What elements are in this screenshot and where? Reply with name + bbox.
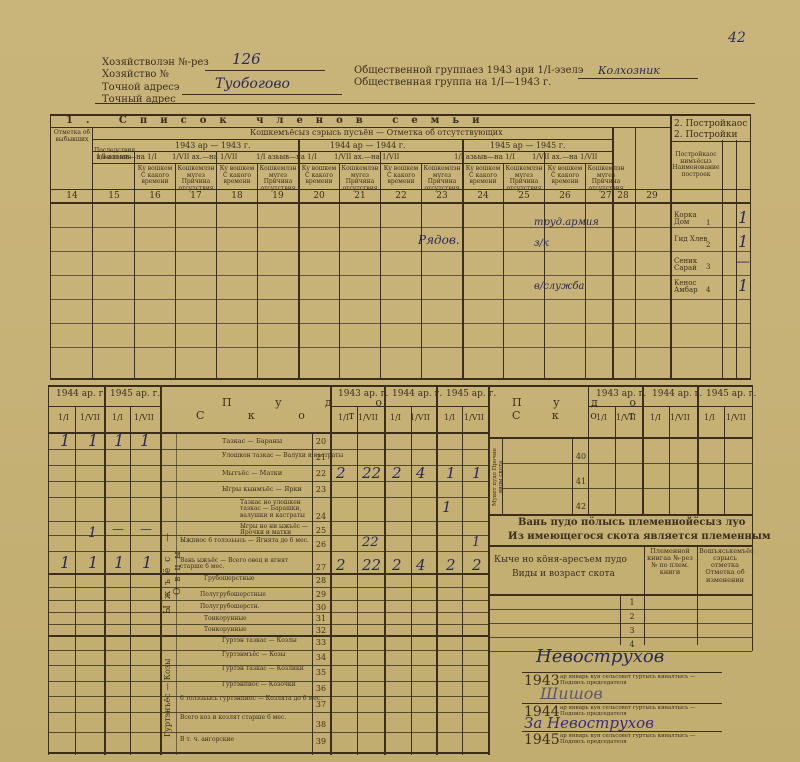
cell-value: 4 [416, 464, 426, 482]
row-label: Мытъёс — Матки [222, 470, 282, 477]
row-number: 20 [313, 437, 329, 446]
col-number: 24 [463, 191, 503, 201]
header-divider [95, 103, 755, 104]
signature-1943: Невострухов [536, 646, 664, 667]
col18-header: Ку вошкем С какого времени [217, 166, 257, 186]
row-label: Всего коз и козлят старше 6 мес. [180, 715, 286, 721]
col15-header: Последствия изменения [94, 148, 134, 161]
col-number: 16 [135, 191, 175, 201]
row-label: Полугрубошерстн. [200, 604, 259, 610]
breeding-col2: Племенной книгаа №-рез № по плем. книги [645, 548, 695, 577]
row-number: 32 [313, 626, 329, 635]
building-label: Сеник Сарай [674, 258, 710, 273]
col-number: 22 [381, 191, 421, 201]
building-label: Кенос Амбар [674, 280, 710, 295]
row-label: Гуртэнмъёс — Козы [222, 652, 286, 658]
breeding-title-komi: Вань пудо пöлысь племеннойёсыз луо [518, 518, 745, 529]
absence-header: Кошкемъёсыз сэрысь пусъён — Отметка об о… [250, 129, 503, 137]
group-label-ru: Общественная группа на 1/I—1943 г. [354, 78, 551, 89]
col-number: 19 [258, 191, 298, 201]
left-year-1944: 1944 ар. г. [56, 390, 106, 399]
row-label: Ыжпиос 6 толэзьысь — Ягнята до 6 мес. [180, 538, 309, 544]
cell-value: 22 [362, 556, 381, 574]
left-cell-value: — [112, 522, 124, 536]
row-number: 25 [313, 526, 329, 535]
building-num: 2 [706, 242, 710, 249]
row-number: 33 [313, 638, 329, 647]
row-number: 40 [574, 452, 588, 461]
buildings-col-header: Постройкаос нимъёсыз Наименование постро… [672, 152, 720, 178]
row-number: 36 [313, 684, 329, 693]
left-cell-value: 1 [114, 431, 124, 450]
goats-group-label: Гуртэнъёс — Козы [164, 640, 173, 755]
row-label: Гуртэн тазкас — Козлы [222, 638, 297, 644]
col-number: 28 [612, 191, 634, 201]
right-year-1945: 1945 ар. г. [706, 390, 756, 399]
cell-value: 2 [446, 556, 456, 574]
row-label: Тонкорунные [204, 627, 247, 633]
sub-rule [92, 163, 612, 164]
period-label: 1/VII [358, 414, 378, 422]
entry-col26-row1: труд.армия [534, 217, 599, 228]
address-line [182, 94, 342, 95]
row-number: 31 [313, 614, 329, 623]
year-1944-label: 1944 ар — 1944 г. [330, 142, 406, 150]
colnum-top-rule [50, 189, 750, 190]
buildings-title-ru: 2. Постройки [674, 131, 738, 140]
row-number: 27 [313, 563, 329, 572]
left-cell-value: — [140, 522, 152, 536]
row-number: 24 [313, 512, 329, 521]
col22-header: Ку вошкем С какого времени [381, 166, 421, 186]
row-label: В т. ч. ангорские [180, 737, 234, 743]
period-label: 1/VII [616, 414, 636, 422]
breeding-col1-ru: Виды и возраст скота [512, 570, 615, 579]
breeding-col1-komi: Кыче но кöня-аресъем пудо [494, 556, 627, 565]
cell-value: 2 [392, 464, 402, 482]
group-value: Колхозник [598, 64, 660, 77]
left-cell-value: 1 [88, 553, 98, 572]
row-number: 28 [313, 576, 329, 585]
building-num: 3 [706, 264, 710, 271]
period-label: 1/I [112, 414, 123, 422]
building-value: — [736, 254, 750, 270]
cell-value: 2 [336, 464, 346, 482]
row-label: Тонкорунные [204, 616, 247, 622]
right-year-1944: 1944 ар. г. [652, 390, 702, 399]
row-number: 41 [574, 477, 588, 486]
period-label: 1/I [596, 414, 607, 422]
col16-header: Ку вошкем С какого времени [135, 166, 175, 186]
row-number: 23 [313, 485, 329, 494]
group-label-komi: Общественной группаез 1943 ари 1/I-эзелэ [354, 66, 584, 77]
row-label: Грубошерстные [204, 576, 255, 582]
page-number: 42 [728, 30, 746, 46]
row-label: Тазкас но улошкен тазкас — Барашки, валу… [240, 500, 310, 519]
row-label: Гуртэнпиос — Козочки [222, 682, 296, 688]
period-label: 1/VII [134, 414, 154, 422]
cell-value: 22 [362, 464, 381, 482]
building-value: 1 [738, 208, 748, 227]
signature-1944: Шишов [540, 684, 603, 703]
entry-col26-row2: з/к [534, 238, 549, 249]
col20-header: Ку вошкем С какого времени [299, 166, 339, 186]
household-no-line [205, 70, 325, 71]
left-cell-value: 1 [88, 431, 98, 450]
colnum-bottom-rule [50, 202, 750, 204]
row-number: 39 [313, 737, 329, 746]
col-number: 25 [504, 191, 544, 201]
building-num: 1 [706, 220, 710, 227]
cell-value: 1 [472, 464, 482, 482]
col24-header: Ку вошкем С какого времени [463, 166, 503, 186]
cell-value: 2 [392, 556, 402, 574]
cell-value: 4 [416, 556, 426, 574]
address-value: Туобогово [215, 76, 290, 92]
year-rule [92, 151, 612, 152]
row-number: 22 [313, 469, 329, 478]
row-number: 26 [313, 540, 329, 549]
entry-col26-row4: в/служба [534, 281, 584, 292]
left-cell-value: 1 [60, 431, 70, 450]
row-label: Ыгры кынмъёс — Ярки [222, 486, 302, 493]
signature-1945: За Невострухов [524, 714, 654, 732]
period-label: 1/I [390, 414, 401, 422]
col14-header: Отметка об выбывших [52, 130, 92, 143]
row-label: Полугрубошерстные [200, 592, 266, 598]
group-line [578, 78, 698, 79]
row-label: Вань ыжъёс — Всего овец и ягнят старше 6… [180, 558, 310, 571]
other-livestock-label: Мукет пудо Прочие виды скота [492, 440, 504, 514]
cell-value: 1 [446, 464, 456, 482]
entry-col23: Рядов. [418, 233, 460, 247]
buildings-title-komi: 2. Постройкаос [674, 120, 747, 129]
period-label: 1/I [650, 414, 661, 422]
breeding-row-num: 1 [622, 598, 642, 607]
sub-1944-jan: 1/I азьыв—на 1/I [256, 154, 317, 161]
period-label: 1/I [444, 414, 455, 422]
row-number: 35 [313, 668, 329, 677]
row-number: 30 [313, 603, 329, 612]
row-number: 38 [313, 720, 329, 729]
col-number: 26 [545, 191, 585, 201]
col26-header: Ку вошкем С какого времени [545, 166, 585, 186]
section1-title: 1. Список членов семьи [66, 116, 493, 127]
period-label: 1/VII [80, 414, 100, 422]
year-1945-label: 1945 ар — 1945 г. [490, 142, 566, 150]
period-label: 1/VII [726, 414, 746, 422]
household-no-label-komi: Хозяйстволэн №-рез [102, 58, 209, 69]
col-number: 23 [422, 191, 462, 201]
row-number: 29 [313, 590, 329, 599]
absence-header-rule [92, 139, 612, 140]
year-1944-header: 1944 ар. г. [392, 390, 442, 399]
row-number: 21 [313, 453, 329, 462]
col-number: 17 [176, 191, 216, 201]
cell-value: 2 [472, 556, 482, 574]
period-label: 1/I [58, 414, 69, 422]
sub-1945-jul: 1/VII ах.—на 1/VII [532, 154, 597, 161]
col-number: 18 [217, 191, 257, 201]
year-1943-header: 1943 ар. г. [338, 390, 388, 399]
left-year-1945: 1945 ар. г. [110, 390, 160, 399]
household-no-label-ru: Хозяйство № [102, 70, 169, 81]
sig-year-1945: 1945 [524, 733, 560, 748]
left-cell-value: 1 [140, 431, 150, 450]
household-no-value: 126 [232, 50, 261, 68]
row-number: 42 [574, 502, 588, 511]
cell-value: 1 [472, 535, 480, 550]
breeding-row-num: 3 [622, 626, 642, 635]
left-cell-value: 1 [142, 553, 152, 572]
breeding-row-num: 2 [622, 612, 642, 621]
census-form-sheet: 42 Хозяйстволэн №-рез Хозяйство № 126 То… [0, 0, 800, 762]
building-num: 4 [706, 287, 710, 294]
period-label: 1/I [704, 414, 715, 422]
cell-value: 22 [362, 535, 379, 550]
sub-1943-jul: 1/VII ах.—на 1/VII [172, 154, 237, 161]
year-1943-label: 1943 ар — 1943 г. [175, 142, 251, 150]
sub-1944-jul: 1/VII ах.—на 1/VII [334, 154, 399, 161]
col-number: 15 [94, 191, 134, 201]
building-label: Гид Хлев [674, 236, 710, 243]
row-label: Тазкас — Бараны [222, 438, 282, 445]
col-number: 29 [636, 191, 668, 201]
col-number: 14 [52, 191, 92, 201]
col-number: 21 [340, 191, 380, 201]
cell-value: 1 [442, 498, 452, 516]
period-label: 1/I [338, 414, 349, 422]
building-value: 1 [738, 232, 748, 251]
col-number: 20 [299, 191, 339, 201]
cell-value: 2 [336, 556, 346, 574]
row-number: 37 [313, 700, 329, 709]
address-label-komi: Точной адресэ [102, 83, 179, 94]
period-label: 1/VII [464, 414, 484, 422]
period-label: 1/VII [670, 414, 690, 422]
breeding-title-ru: Из имеющегося скота является племенным [508, 532, 771, 543]
left-cell-value: 1 [114, 553, 124, 572]
right-year-1943: 1943 ар. г. [596, 390, 646, 399]
row-number: 34 [313, 653, 329, 662]
left-cell-value: 1 [88, 525, 97, 541]
breeding-col3: Вошъяськемъёс сэрысь отметка Отметка об … [699, 548, 751, 584]
period-label: 1/VII [410, 414, 430, 422]
sig-caption-1945: ар январь кун сельсовет гуртысь кивалтыс… [560, 734, 720, 746]
building-label: Корка Дом [674, 212, 710, 227]
left-cell-value: 1 [60, 553, 70, 572]
row-label: Гуртэн тазкас — Козлики [222, 666, 304, 672]
building-value: 1 [738, 276, 748, 295]
